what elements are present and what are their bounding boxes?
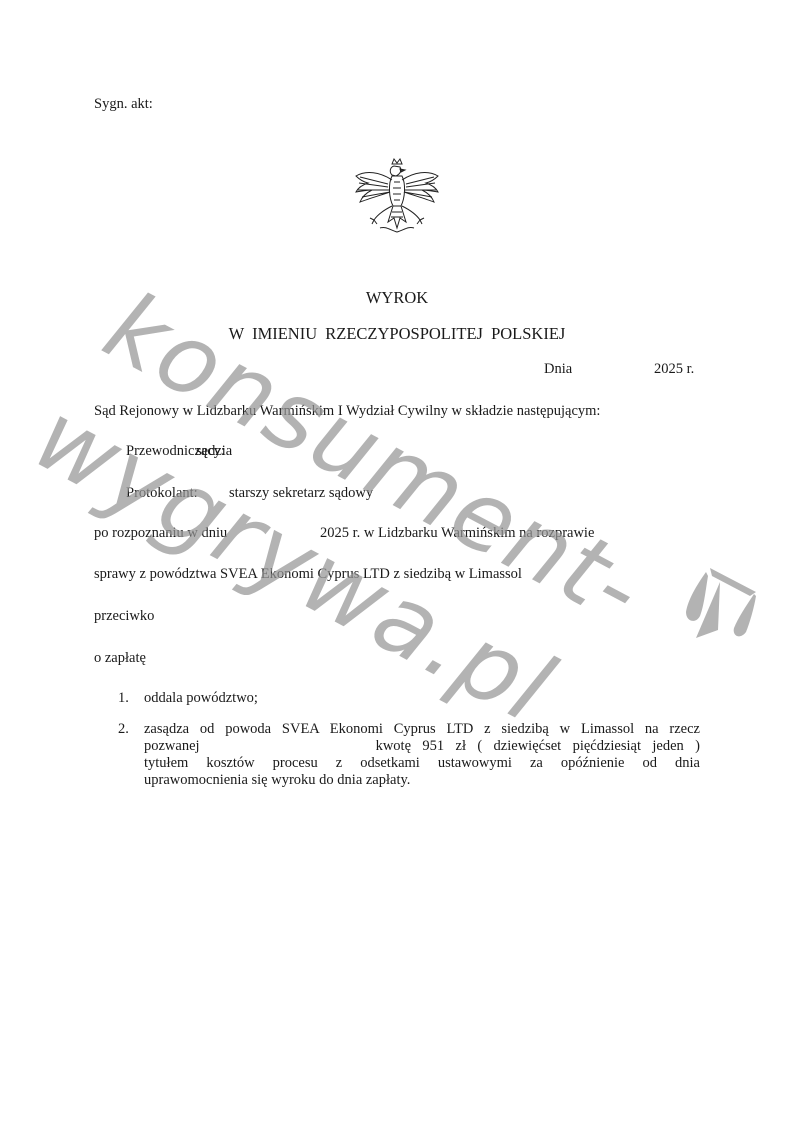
defendant-label: pozwanej — [144, 738, 200, 754]
scales-of-justice-icon — [676, 566, 764, 648]
hearing-date-suffix: 2025 r. w Lidzbarku Warmińskim na rozpra… — [320, 526, 594, 541]
ruling-text-line: zasądza od powoda SVEA Ekonomi Cyprus LT… — [144, 721, 700, 738]
document-page: Sygn. akt: WYROK W IMIENIU RZ — [0, 0, 794, 1123]
ruling-text-line: oddala powództwo; — [144, 690, 700, 707]
ruling-item: 1. oddala powództwo; — [94, 690, 700, 707]
against-label: przeciwko — [94, 609, 154, 624]
rulings-list: 1. oddala powództwo; 2. zasądza od powod… — [94, 690, 700, 803]
ruling-number: 1. — [118, 690, 129, 707]
case-reference-label: Sygn. akt: — [94, 97, 153, 112]
date-year: 2025 r. — [654, 362, 694, 377]
polish-eagle-emblem-icon — [350, 158, 444, 240]
clerk-label: Protokolant: — [126, 486, 198, 501]
ruling-number: 2. — [118, 721, 129, 738]
court-composition-line: Sąd Rejonowy w Lidzbarku Warmińskim I Wy… — [94, 404, 600, 419]
ruling-text-line: uprawomocnienia się wyroku do dnia zapła… — [144, 772, 700, 789]
ruling-text-line: tytułem kosztów procesu z odsetkami usta… — [144, 755, 700, 772]
clerk-value: starszy sekretarz sądowy — [229, 486, 373, 501]
document-subtitle: W IMIENIU RZECZYPOSPOLITEJ POLSKIEJ — [0, 324, 794, 344]
hearing-date-prefix: po rozpoznaniu w dniu — [94, 526, 227, 541]
case-subject: o zapłatę — [94, 651, 146, 666]
date-label: Dnia — [544, 362, 572, 377]
ruling-item: 2. zasądza od powoda SVEA Ekonomi Cyprus… — [94, 721, 700, 789]
case-parties-line: sprawy z powództwa SVEA Ekonomi Cyprus L… — [94, 567, 522, 582]
document-title: WYROK — [0, 288, 794, 308]
ruling-text-line: pozwanejkwotę 951 zł ( dziewięćset pięćd… — [144, 738, 700, 755]
chair-value: sędzia — [196, 444, 232, 459]
amount-text: kwotę 951 zł ( dziewięćset pięćdziesiąt … — [376, 738, 700, 754]
